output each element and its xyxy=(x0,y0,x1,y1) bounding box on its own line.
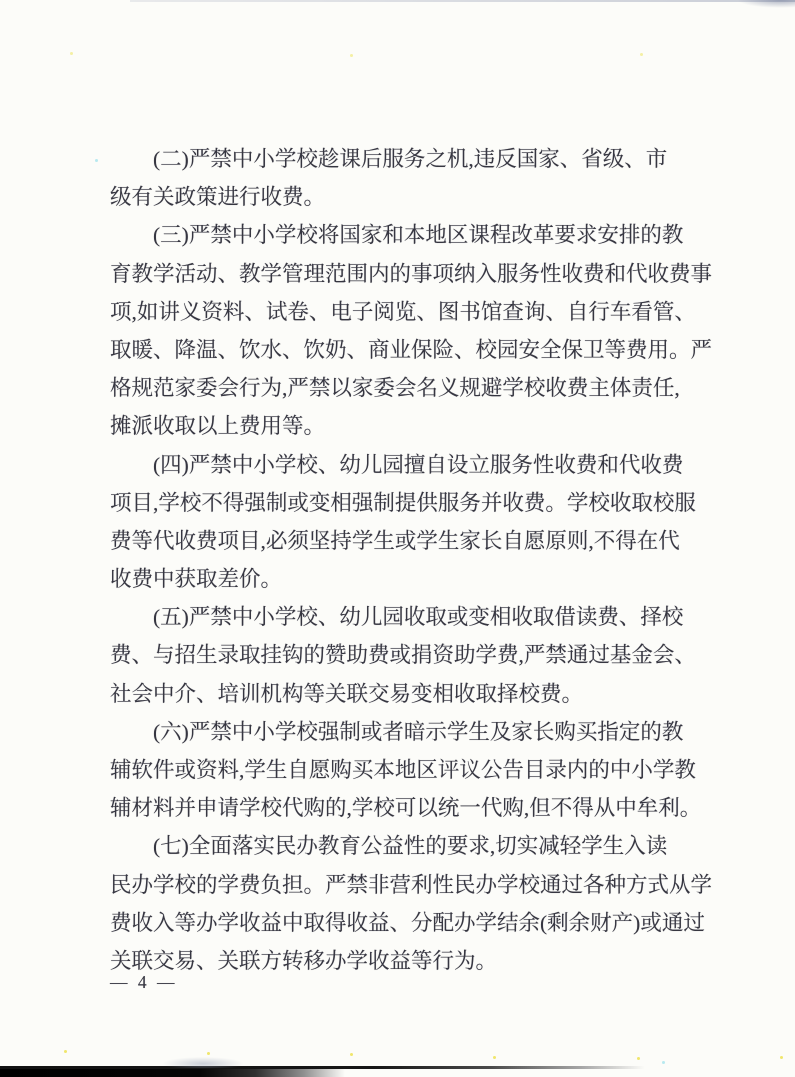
text-line: 格规范家委会行为,严禁以家委会名义规避学校收费主体责任, xyxy=(110,369,714,407)
text-line: 费收入等办学收益中取得收益、分配办学结余(剩余财产)或通过 xyxy=(110,904,714,942)
text-line: (六)严禁中小学校强制或者暗示学生及家长购买指定的教 xyxy=(110,713,714,751)
scan-smudge-top-right xyxy=(737,0,795,8)
text-line: (五)严禁中小学校、幼儿园收取或变相收取借读费、择校 xyxy=(110,598,714,636)
scan-edge-top-line xyxy=(130,0,795,2)
text-line: (七)全面落实民办教育公益性的要求,切实减轻学生入读 xyxy=(110,827,714,865)
scan-speck xyxy=(207,1052,210,1055)
text-line: 费等代收费项目,必须坚持学生或学生家长自愿原则,不得在代 xyxy=(110,522,714,560)
scanned-document-page: (二)严禁中小学校趁课后服务之机,违反国家、省级、市 级有关政策进行收费。 (三… xyxy=(0,0,795,1077)
text-line: 社会中介、培训机构等关联交易变相收取择校费。 xyxy=(110,675,714,713)
scan-edge-bottom-wedge xyxy=(0,1069,345,1077)
text-line: (四)严禁中小学校、幼儿园擅自设立服务性收费和代收费 xyxy=(110,446,714,484)
text-line: 辅软件或资料,学生自愿购买本地区评议公告目录内的中小学教 xyxy=(110,751,714,789)
scan-speck xyxy=(640,53,643,56)
text-line: 辅材料并申请学校代购的,学校可以统一代购,但不得从中牟利。 xyxy=(110,789,714,827)
scan-speck xyxy=(662,1061,665,1064)
scan-speck xyxy=(350,1053,353,1056)
scan-speck xyxy=(493,1056,496,1059)
text-line: 费、与招生录取挂钩的赞助费或捐资助学费,严禁通过基金会、 xyxy=(110,636,714,674)
scan-speck xyxy=(95,159,98,162)
text-line: 级有关政策进行收费。 xyxy=(110,178,714,216)
page-number: — 4 — xyxy=(110,972,178,993)
text-line: 摊派收取以上费用等。 xyxy=(110,407,714,445)
scan-speck xyxy=(637,1057,640,1060)
text-line: 关联交易、关联方转移办学收益等行为。 xyxy=(110,942,714,980)
text-line: 项,如讲义资料、试卷、电子阅览、图书馆查询、自行车看管、 xyxy=(110,293,714,331)
scan-smudge-bottom xyxy=(163,1057,243,1068)
text-line: 育教学活动、教学管理范围内的事项纳入服务性收费和代收费事 xyxy=(110,255,714,293)
text-line: 民办学校的学费负担。严禁非营利性民办学校通过各种方式从学 xyxy=(110,866,714,904)
text-line: 收费中获取差价。 xyxy=(110,560,714,598)
document-body: (二)严禁中小学校趁课后服务之机,违反国家、省级、市 级有关政策进行收费。 (三… xyxy=(110,140,714,980)
text-line: (三)严禁中小学校将国家和本地区课程改革要求安排的教 xyxy=(110,216,714,254)
scan-speck xyxy=(350,54,353,57)
scan-speck xyxy=(70,52,73,55)
scan-speck xyxy=(64,1050,67,1053)
text-line: 取暖、降温、饮水、饮奶、商业保险、校园安全保卫等费用。严 xyxy=(110,331,714,369)
text-line: 项目,学校不得强制或变相强制提供服务并收费。学校收取校服 xyxy=(110,484,714,522)
text-line: (二)严禁中小学校趁课后服务之机,违反国家、省级、市 xyxy=(110,140,714,178)
scan-speck xyxy=(780,1056,783,1059)
